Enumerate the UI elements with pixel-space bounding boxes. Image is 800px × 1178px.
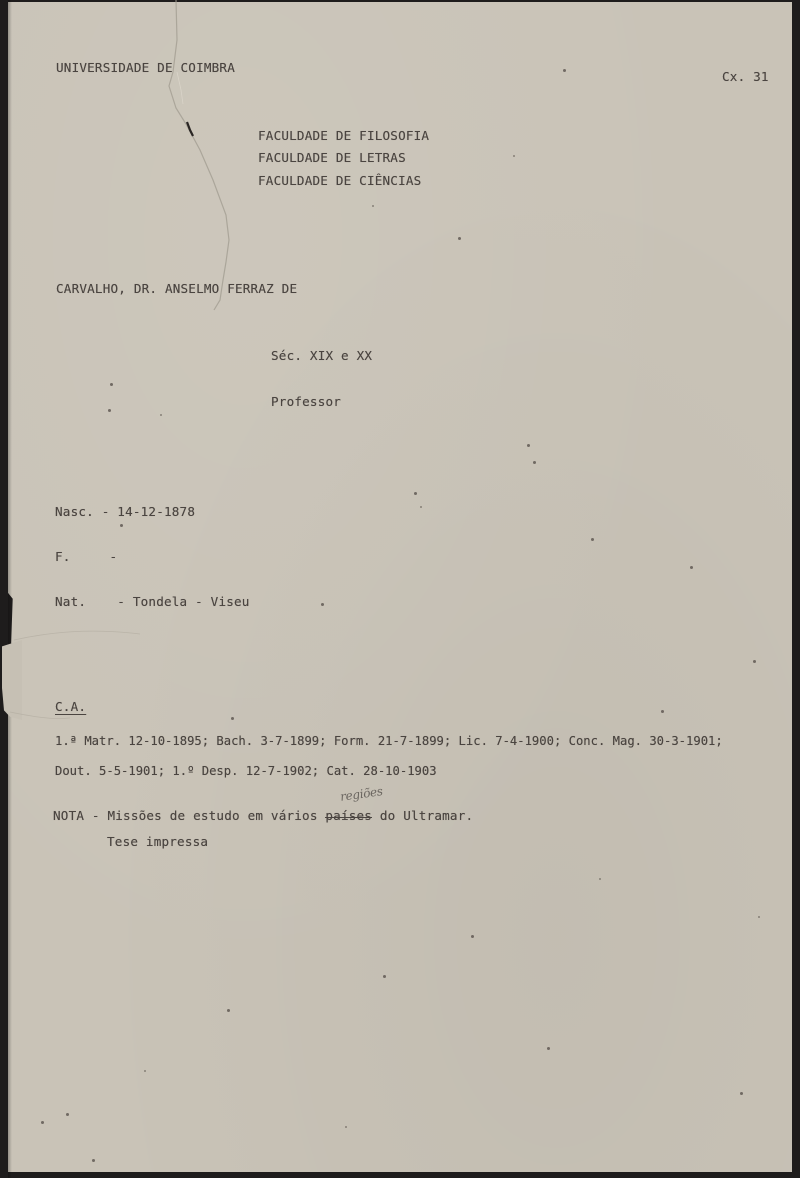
note-text: - Missões de estudo em vários	[84, 808, 325, 823]
paper-speck	[321, 603, 324, 606]
birthplace-value: - Tondela - Viseu	[117, 594, 249, 609]
paper-speck	[414, 492, 417, 495]
paper-speck	[458, 237, 461, 240]
birth-value: - 14-12-1878	[102, 504, 195, 519]
birthplace-label: Nat.	[55, 594, 86, 609]
birthplace-row: Nat. - Tondela - Viseu	[55, 593, 250, 611]
paper-speck	[599, 878, 601, 880]
paper-speck	[231, 717, 234, 720]
paper-speck	[527, 444, 530, 447]
faculty-line: FACULDADE DE FILOSOFIA	[258, 130, 429, 143]
paper-speck	[372, 205, 374, 207]
paper-speck	[160, 414, 162, 416]
paper-speck	[740, 1092, 743, 1095]
box-reference: Cx. 31	[722, 71, 769, 84]
faculty-line: FACULDADE DE LETRAS	[258, 152, 406, 165]
note-text-end: do Ultramar.	[372, 808, 473, 823]
paper-speck	[92, 1159, 95, 1162]
paper-speck	[758, 916, 760, 918]
paper-speck	[661, 710, 664, 713]
paper-speck	[690, 566, 693, 569]
academic-section-label: C.A.	[55, 701, 86, 714]
paper-speck	[108, 409, 111, 412]
scanned-document: UNIVERSIDADE DE COIMBRA Cx. 31 FACULDADE…	[0, 0, 800, 1178]
birth-label: Nasc.	[55, 504, 94, 519]
paper-speck	[471, 935, 474, 938]
page-edge-shadow	[8, 0, 12, 1178]
note-line-2: Tese impressa	[107, 836, 208, 849]
paper-speck	[591, 538, 594, 541]
paper-speck	[420, 506, 422, 508]
paper-speck	[110, 383, 113, 386]
struck-word: países	[325, 810, 372, 823]
birth-row: Nasc. - 14-12-1878	[55, 503, 195, 521]
institution-name: UNIVERSIDADE DE COIMBRA	[56, 62, 235, 75]
paper-speck	[533, 461, 536, 464]
father-value: -	[110, 549, 118, 564]
note-row: NOTA - Missões de estudo em vários paíse…	[53, 807, 473, 825]
faculty-line: FACULDADE DE CIÊNCIAS	[258, 175, 421, 188]
academic-line-1: 1.ª Matr. 12-10-1895; Bach. 3-7-1899; Fo…	[55, 735, 723, 747]
academic-line-2: Dout. 5-5-1901; 1.º Desp. 12-7-1902; Cat…	[55, 765, 437, 777]
father-row: F. -	[55, 548, 117, 566]
role-label: Professor	[271, 396, 341, 409]
paper-speck	[66, 1113, 69, 1116]
paper-speck	[120, 524, 123, 527]
torn-edge	[2, 640, 22, 720]
paper-speck	[383, 975, 386, 978]
paper-speck	[753, 660, 756, 663]
paper-speck	[513, 155, 515, 157]
paper-speck	[144, 1070, 146, 1072]
paper-speck	[547, 1047, 550, 1050]
person-name: CARVALHO, DR. ANSELMO FERRAZ DE	[56, 283, 297, 296]
paper-speck	[345, 1126, 347, 1128]
father-label: F.	[55, 549, 71, 564]
note-label: NOTA	[53, 808, 84, 823]
century-label: Séc. XIX e XX	[271, 350, 372, 363]
paper-speck	[563, 69, 566, 72]
paper-speck	[227, 1009, 230, 1012]
paper-speck	[41, 1121, 44, 1124]
